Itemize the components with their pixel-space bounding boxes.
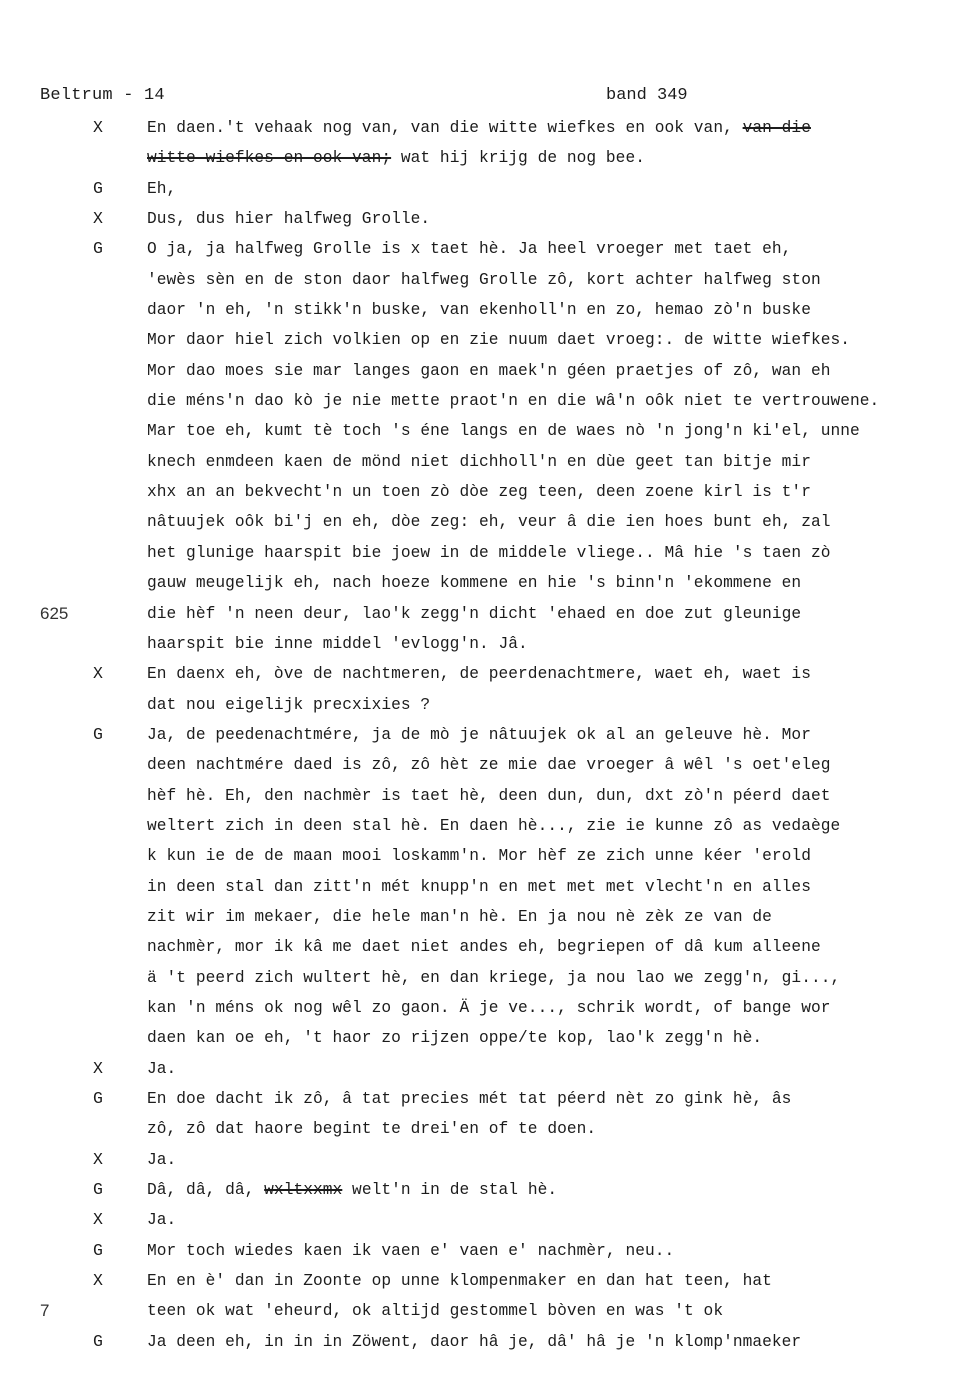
line-text: die hèf 'n neen deur, lao'k zegg'n dicht… <box>147 599 801 629</box>
line-text: hèf hè. Eh, den nachmèr is taet hè, deen… <box>147 781 831 811</box>
transcript-line: GDâ, dâ, dâ, wxltxxmx welt'n in de stal … <box>0 1175 973 1205</box>
line-text: zô, zô dat haore begint te drei'en of te… <box>147 1114 596 1144</box>
transcript-line: XEn daenx eh, òve de nachtmeren, de peer… <box>0 659 973 689</box>
speaker-label: G <box>93 1175 103 1205</box>
struck-out-text: witte wiefkes en ook van; <box>147 149 391 167</box>
line-text: Ja deen eh, in in in Zöwent, daor hâ je,… <box>147 1327 801 1357</box>
transcript-line: k kun ie de de maan mooi loskamm'n. Mor … <box>0 841 973 871</box>
line-text: Mar toe eh, kumt tè toch 's éne langs en… <box>147 416 860 446</box>
transcript-line: haarspit bie inne middel 'evlogg'n. Jâ. <box>0 629 973 659</box>
speaker-label: G <box>93 1084 103 1114</box>
line-text: gauw meugelijk eh, nach hoeze kommene en… <box>147 568 801 598</box>
transcript-line: kan 'n méns ok nog wêl zo gaon. Ä je ve.… <box>0 993 973 1023</box>
transcript-line: 7teen ok wat 'eheurd, ok altijd gestomme… <box>0 1296 973 1326</box>
transcript-line: xhx an an bekvecht'n un toen zò dòe zeg … <box>0 477 973 507</box>
speaker-label: X <box>93 1145 103 1175</box>
line-text: deen nachtmére daed is zô, zô hèt ze mie… <box>147 750 831 780</box>
line-text: dat nou eigelijk precxixies ? <box>147 690 430 720</box>
line-text: 'ewès sèn en de ston daor halfweg Grolle… <box>147 265 821 295</box>
line-text: ä 't peerd zich wultert hè, en dan krieg… <box>147 963 840 993</box>
transcript-line: daen kan oe eh, 't haor zo rijzen oppe/t… <box>0 1023 973 1053</box>
line-text: weltert zich in deen stal hè. En daen hè… <box>147 811 840 841</box>
margin-counter: 7 <box>40 1296 49 1326</box>
speaker-label: X <box>93 113 103 143</box>
transcript-line: XJa. <box>0 1054 973 1084</box>
line-text: zit wir im mekaer, die hele man'n hè. En… <box>147 902 772 932</box>
transcript-line: ä 't peerd zich wultert hè, en dan krieg… <box>0 963 973 993</box>
line-text: Mor toch wiedes kaen ik vaen e' vaen e' … <box>147 1236 674 1266</box>
transcript-line: XEn en è' dan in Zoonte op unne klompenm… <box>0 1266 973 1296</box>
line-text: Ja. <box>147 1205 176 1235</box>
transcript-line: 'ewès sèn en de ston daor halfweg Grolle… <box>0 265 973 295</box>
transcript-line: weltert zich in deen stal hè. En daen hè… <box>0 811 973 841</box>
line-text: En daen.'t vehaak nog van, van die witte… <box>147 113 811 143</box>
line-text: Ja. <box>147 1145 176 1175</box>
transcript-line: GJa deen eh, in in in Zöwent, daor hâ je… <box>0 1327 973 1357</box>
line-text: Ja. <box>147 1054 176 1084</box>
speaker-label: G <box>93 234 103 264</box>
line-text: O ja, ja halfweg Grolle is x taet hè. Ja… <box>147 234 791 264</box>
transcript-line: GO ja, ja halfweg Grolle is x taet hè. J… <box>0 234 973 264</box>
transcript-line: gauw meugelijk eh, nach hoeze kommene en… <box>0 568 973 598</box>
line-text: nâtuujek oôk bi'j en eh, dòe zeg: eh, ve… <box>147 507 831 537</box>
transcript-line: hèf hè. Eh, den nachmèr is taet hè, deen… <box>0 781 973 811</box>
transcript-line: Mor dao moes sie mar langes gaon en maek… <box>0 356 973 386</box>
line-text: k kun ie de de maan mooi loskamm'n. Mor … <box>147 841 811 871</box>
line-text: die méns'n dao kò je nie mette praot'n e… <box>147 386 879 416</box>
line-text: Mor dao moes sie mar langes gaon en maek… <box>147 356 831 386</box>
transcript-line: die méns'n dao kò je nie mette praot'n e… <box>0 386 973 416</box>
transcript-line: nâtuujek oôk bi'j en eh, dòe zeg: eh, ve… <box>0 507 973 537</box>
line-text: Mor daor hiel zich volkien op en zie nuu… <box>147 325 850 355</box>
struck-out-text: wxltxxmx <box>264 1181 342 1199</box>
transcript-line: in deen stal dan zitt'n mét knupp'n en m… <box>0 872 973 902</box>
transcript-line: witte wiefkes en ook van; wat hij krijg … <box>0 143 973 173</box>
speaker-label: G <box>93 720 103 750</box>
transcript-line: XEn daen.'t vehaak nog van, van die witt… <box>0 113 973 143</box>
line-text: kan 'n méns ok nog wêl zo gaon. Ä je ve.… <box>147 993 831 1023</box>
transcript-line: deen nachtmére daed is zô, zô hèt ze mie… <box>0 750 973 780</box>
speaker-label: G <box>93 174 103 204</box>
line-text: daen kan oe eh, 't haor zo rijzen oppe/t… <box>147 1023 762 1053</box>
line-text: Eh, <box>147 174 176 204</box>
line-text: in deen stal dan zitt'n mét knupp'n en m… <box>147 872 811 902</box>
line-text: knech enmdeen kaen de mönd niet dichholl… <box>147 447 811 477</box>
line-text: daor 'n eh, 'n stikk'n buske, van ekenho… <box>147 295 811 325</box>
margin-counter: 625 <box>40 599 68 629</box>
speaker-label: G <box>93 1236 103 1266</box>
speaker-label: X <box>93 1266 103 1296</box>
line-text: xhx an an bekvecht'n un toen zò dòe zeg … <box>147 477 811 507</box>
line-text: nachmèr, mor ik kâ me daet niet andes eh… <box>147 932 821 962</box>
line-text: witte wiefkes en ook van; wat hij krijg … <box>147 143 645 173</box>
line-text: het glunige haarspit bie joew in de midd… <box>147 538 831 568</box>
transcript-line: XJa. <box>0 1205 973 1235</box>
transcript-line: XJa. <box>0 1145 973 1175</box>
transcript-line: XDus, dus hier halfweg Grolle. <box>0 204 973 234</box>
transcript-line: daor 'n eh, 'n stikk'n buske, van ekenho… <box>0 295 973 325</box>
transcript-line: GJa, de peedenachtmére, ja de mò je nâtu… <box>0 720 973 750</box>
line-text: haarspit bie inne middel 'evlogg'n. Jâ. <box>147 629 528 659</box>
transcript-page: Beltrum - 14 band 349 XEn daen.'t vehaak… <box>0 0 973 1389</box>
line-text: Ja, de peedenachtmére, ja de mò je nâtuu… <box>147 720 811 750</box>
line-text: En doe dacht ik zô, â tat precies mét ta… <box>147 1084 791 1114</box>
transcript-line: nachmèr, mor ik kâ me daet niet andes eh… <box>0 932 973 962</box>
transcript-line: het glunige haarspit bie joew in de midd… <box>0 538 973 568</box>
transcript-line: zit wir im mekaer, die hele man'n hè. En… <box>0 902 973 932</box>
line-text: teen ok wat 'eheurd, ok altijd gestommel… <box>147 1296 723 1326</box>
transcript-line: GEn doe dacht ik zô, â tat precies mét t… <box>0 1084 973 1114</box>
speaker-label: X <box>93 1054 103 1084</box>
document-title: Beltrum - 14 <box>40 86 165 105</box>
line-text: Dus, dus hier halfweg Grolle. <box>147 204 430 234</box>
transcript-line: Mar toe eh, kumt tè toch 's éne langs en… <box>0 416 973 446</box>
speaker-label: X <box>93 659 103 689</box>
speaker-label: X <box>93 1205 103 1235</box>
transcript-line: GEh, <box>0 174 973 204</box>
transcript-line: knech enmdeen kaen de mönd niet dichholl… <box>0 447 973 477</box>
transcript-line: 625die hèf 'n neen deur, lao'k zegg'n di… <box>0 599 973 629</box>
line-text: En en è' dan in Zoonte op unne klompenma… <box>147 1266 772 1296</box>
transcript-line: dat nou eigelijk precxixies ? <box>0 690 973 720</box>
transcript-line: zô, zô dat haore begint te drei'en of te… <box>0 1114 973 1144</box>
line-text: Dâ, dâ, dâ, wxltxxmx welt'n in de stal h… <box>147 1175 557 1205</box>
line-text: En daenx eh, òve de nachtmeren, de peerd… <box>147 659 811 689</box>
speaker-label: G <box>93 1327 103 1357</box>
tape-number: band 349 <box>606 86 688 105</box>
struck-out-text: van die <box>743 119 811 137</box>
transcript-line: GMor toch wiedes kaen ik vaen e' vaen e'… <box>0 1236 973 1266</box>
transcript-lines: XEn daen.'t vehaak nog van, van die witt… <box>0 113 973 1357</box>
speaker-label: X <box>93 204 103 234</box>
transcript-line: Mor daor hiel zich volkien op en zie nuu… <box>0 325 973 355</box>
